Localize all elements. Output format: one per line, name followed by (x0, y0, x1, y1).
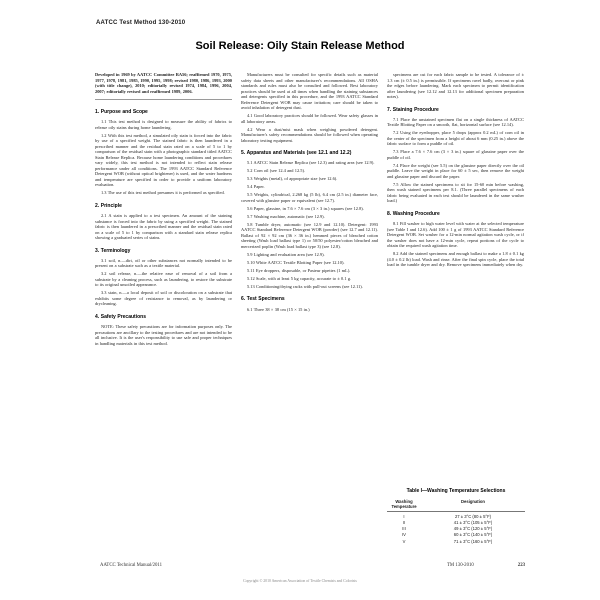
paragraph: 5.4 Paper. (241, 184, 378, 190)
paragraph: 6.1 Three 38 × 38 cm (15 × 15 in.) (241, 307, 378, 313)
paragraph: 3.2 soil release, n.—the relative ease o… (95, 271, 232, 288)
paragraph: 5.6 Paper, glassine, in 7.6 × 7.6 cm (3 … (241, 206, 378, 212)
paragraph: 4.1 Good laboratory practices should be … (241, 113, 378, 124)
canvas: { "document": { "header": "AATCC Test Me… (0, 0, 600, 600)
table-row: V71 ± 3°C (160 ± 5°F) (387, 539, 525, 545)
paragraph: 2.1 A stain is applied to a test specime… (95, 213, 232, 241)
paragraph: 7.4 Place the weight (see 5.5) on the gl… (387, 163, 524, 180)
paragraph: NOTE: These safety precautions are for i… (95, 324, 232, 346)
table-cell-temperature: 71 ± 3°C (160 ± 5°F) (421, 539, 525, 545)
paragraph: 5.5 Weights, cylindrical, 2.268 kg (5 lb… (241, 192, 378, 203)
paragraph: 5.10 White AATCC Textile Blotting Paper … (241, 260, 378, 266)
paragraph: 1.1 This test method is designed to meas… (95, 119, 232, 130)
paragraph: 7.2 Using the eyedropper, place 5 drops … (387, 130, 524, 147)
paragraph: 5.13 Conditioning/drying racks with pull… (241, 284, 378, 290)
paragraph: 5.9 Lighting and evaluation area (see 12… (241, 252, 378, 258)
paragraph: Manufacturers must be consulted for spec… (241, 72, 378, 111)
paragraph: 7.5 Allow the stained specimens to sit f… (387, 182, 524, 204)
paragraph: 7.3 Place a 7.6 × 7.6 cm (3 × 3 in.) squ… (387, 149, 524, 160)
paragraph: 3.3 stain, n.—a local deposit of soil or… (95, 290, 232, 307)
paragraph: 5.8 Tumble dryer, automatic (see 12.9 an… (241, 222, 378, 250)
paragraph: 8.1 Fill washer to high water level with… (387, 221, 524, 249)
document-page: AATCC Test Method 130-2010 Soil Release:… (75, 14, 525, 588)
table-cell-designation: V (387, 539, 421, 545)
table-header-col1: Washing Temperature (387, 499, 421, 509)
paragraph: specimens are cut for each fabric sample… (387, 72, 524, 100)
table-header-row: Washing Temperature Designation (387, 499, 525, 512)
section-heading: 5. Apparatus and Materials (see 12.1 and… (241, 150, 378, 156)
column-1: Developed in 1969 by AATCC Committee RA5… (95, 72, 232, 552)
section-heading: 8. Washing Procedure (387, 211, 524, 217)
column-3-text: specimens are cut for each fabric sample… (387, 72, 524, 270)
paragraph: 5.3 Weights (metal), of appropriate size… (241, 176, 378, 182)
paragraph: 7.1 Place the unstained specimen flat on… (387, 117, 524, 128)
table-body: I27 ± 3°C (80 ± 5°F)II41 ± 3°C (105 ± 5°… (387, 514, 525, 545)
paragraph: 5.1 AATCC Stain Release Replica (see 12.… (241, 160, 378, 166)
page-title: Soil Release: Oily Stain Release Method (75, 40, 525, 52)
washing-temperature-table: Table I—Washing Temperature Selections W… (387, 488, 525, 545)
revision-history-note: Developed in 1969 by AATCC Committee RA5… (95, 72, 232, 100)
section-heading: 3. Terminology (95, 248, 232, 254)
table-header-col2: Designation (421, 499, 525, 509)
paragraph: 5.2 Corn oil (see 12.4 and 12.5). (241, 168, 378, 174)
text-columns: Developed in 1969 by AATCC Committee RA5… (95, 72, 525, 552)
column-3: specimens are cut for each fabric sample… (387, 72, 524, 552)
doc-header: AATCC Test Method 130-2010 (96, 20, 185, 26)
copyright-line: Copyright © 2010 American Association of… (75, 579, 525, 583)
section-heading: 6. Test Specimens (241, 296, 378, 302)
paragraph: 1.3 The use of this test method presumes… (95, 190, 232, 196)
paragraph: 5.7 Washing machine, automatic (see 12.9… (241, 214, 378, 220)
section-heading: 4. Safety Precautions (95, 314, 232, 320)
footer-method-code: TM 130-2010 (447, 563, 474, 568)
paragraph: 4.2 Wear a dust/mist mask when weighing … (241, 127, 378, 144)
footer-page-number: 223 (518, 563, 525, 568)
section-heading: 7. Staining Procedure (387, 107, 524, 113)
column-2: Manufacturers must be consulted for spec… (241, 72, 378, 552)
section-heading: 1. Purpose and Scope (95, 109, 232, 115)
paragraph: 5.12 Scale, with at least 5 kg capacity,… (241, 276, 378, 282)
paragraph: 1.2 With this test method, a simulated o… (95, 133, 232, 188)
footer-manual-name: AATCC Technical Manual/2011 (100, 563, 162, 568)
paragraph: 3.1 soil, n.—dirt, oil or other substanc… (95, 258, 232, 269)
paragraph: 8.2 Add the stained specimens and enough… (387, 251, 524, 268)
table-title: Table I—Washing Temperature Selections (387, 488, 525, 494)
section-heading: 2. Principle (95, 203, 232, 209)
paragraph: 5.11 Eye droppers, disposable, or Pasteu… (241, 268, 378, 274)
